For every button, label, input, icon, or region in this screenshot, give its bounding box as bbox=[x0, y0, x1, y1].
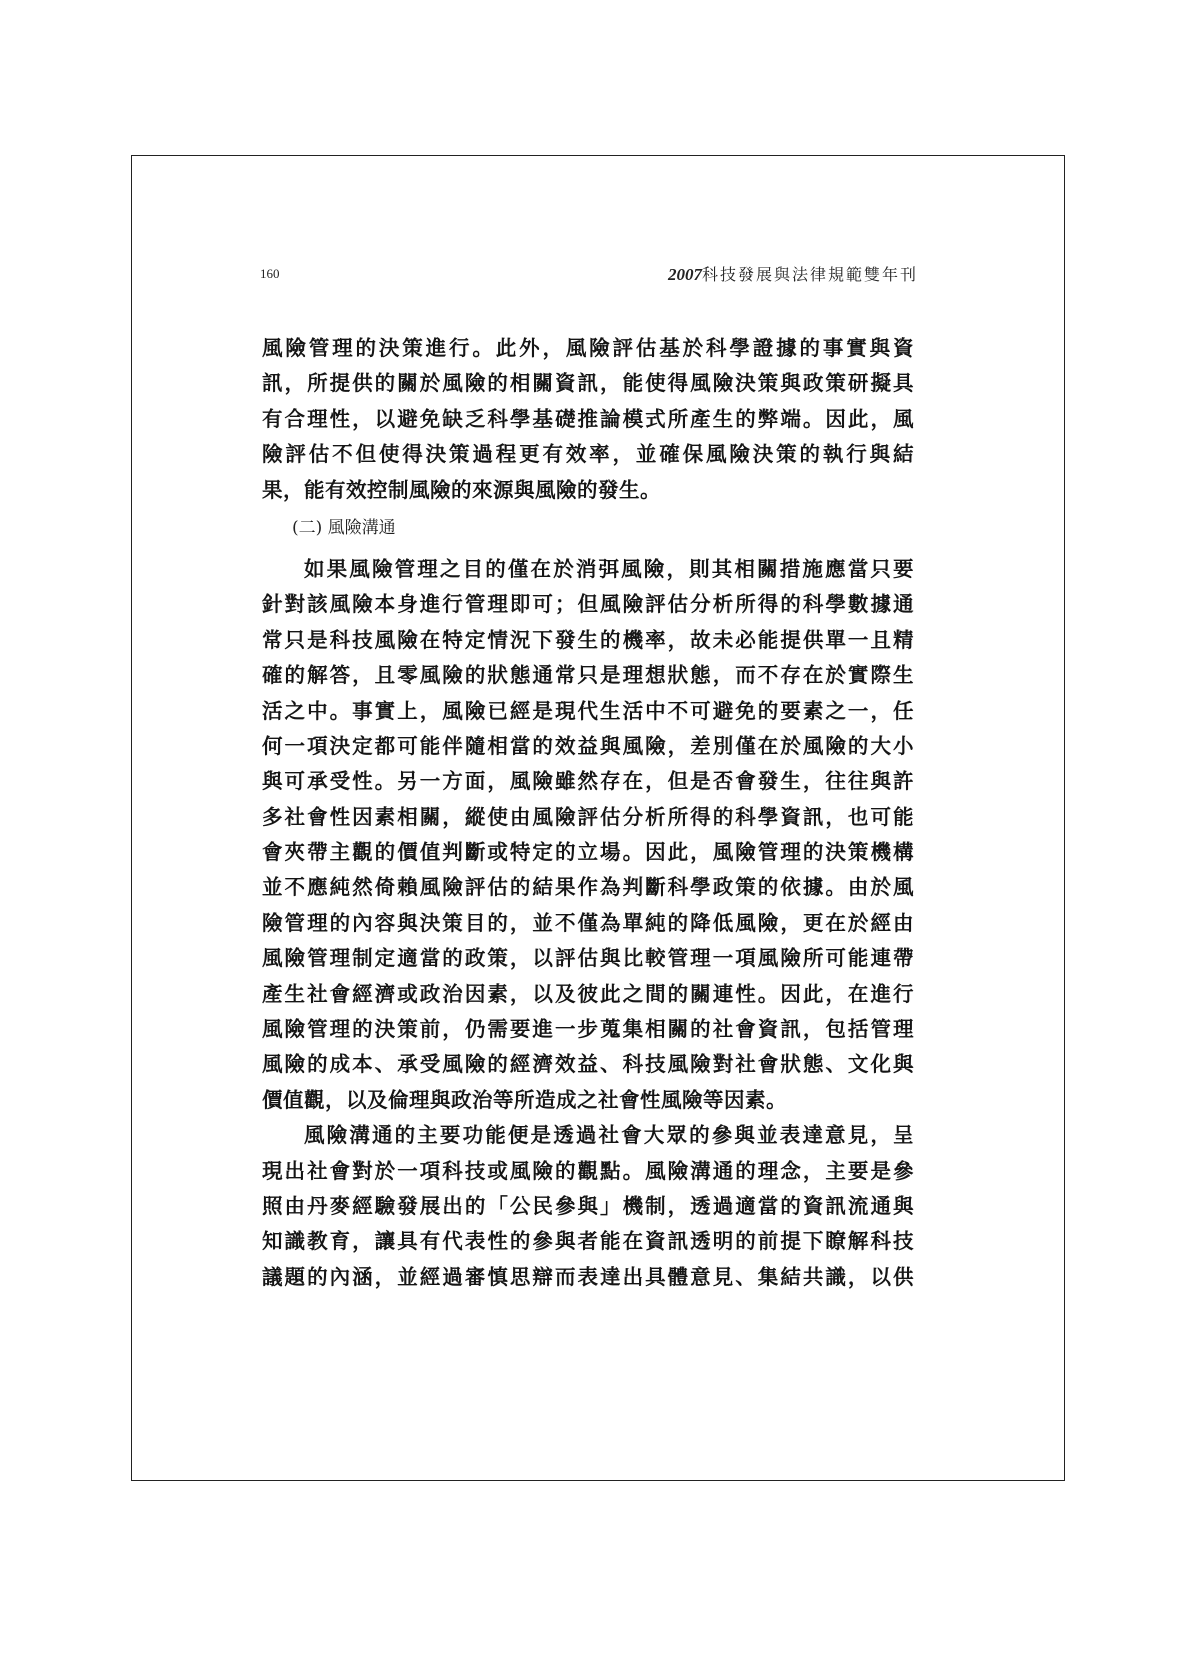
paragraph-3: 風險溝通的主要功能便是透過社會大眾的參與並表達意見，呈 現出社會對於一項科技或風… bbox=[262, 1118, 914, 1295]
text-line: 會夾帶主觀的價值判斷或特定的立場。因此，風險管理的決策機構 bbox=[262, 835, 914, 870]
text-line: 針對該風險本身進行管理即可；但風險評估分析所得的科學數據通 bbox=[262, 587, 914, 622]
paragraph-1: 風險管理的決策進行。此外，風險評估基於科學證據的事實與資 訊，所提供的關於風險的… bbox=[262, 331, 914, 508]
text-line: 風險管理的決策進行。此外，風險評估基於科學證據的事實與資 bbox=[262, 331, 914, 366]
journal-year: 2007 bbox=[668, 265, 702, 284]
running-header: 160 2007科技發展與法律規範雙年刊 bbox=[260, 262, 918, 286]
paragraph-2: 如果風險管理之目的僅在於消弭風險，則其相關措施應當只要 針對該風險本身進行管理即… bbox=[262, 552, 914, 1118]
page-number: 160 bbox=[260, 266, 280, 282]
journal-title: 2007科技發展與法律規範雙年刊 bbox=[668, 262, 918, 285]
text-line: 現出社會對於一項科技或風險的觀點。風險溝通的理念，主要是參 bbox=[262, 1154, 914, 1189]
text-line: 果，能有效控制風險的來源與風險的發生。 bbox=[262, 473, 914, 508]
text-line: 風險的成本、承受風險的經濟效益、科技風險對社會狀態、文化與 bbox=[262, 1047, 914, 1082]
text-line: 知識教育，讓具有代表性的參與者能在資訊透明的前提下瞭解科技 bbox=[262, 1224, 914, 1259]
text-line: 何一項決定都可能伴隨相當的效益與風險，差別僅在於風險的大小 bbox=[262, 729, 914, 764]
text-line: 風險管理制定適當的政策，以評估與比較管理一項風險所可能連帶 bbox=[262, 941, 914, 976]
text-line: 照由丹麥經驗發展出的「公民參與」機制，透過適當的資訊流通與 bbox=[262, 1189, 914, 1224]
text-line: 議題的內涵，並經過審慎思辯而表達出具體意見、集結共識，以供 bbox=[262, 1260, 914, 1295]
text-line: 如果風險管理之目的僅在於消弭風險，則其相關措施應當只要 bbox=[262, 552, 914, 587]
text-line: 產生社會經濟或政治因素，以及彼此之間的關連性。因此，在進行 bbox=[262, 977, 914, 1012]
text-line: 常只是科技風險在特定情況下發生的機率，故未必能提供單一且精 bbox=[262, 623, 914, 658]
text-line: 訊，所提供的關於風險的相關資訊，能使得風險決策與政策研擬具 bbox=[262, 366, 914, 401]
text-line: 價值觀，以及倫理與政治等所造成之社會性風險等因素。 bbox=[262, 1083, 914, 1118]
text-line: 有合理性，以避免缺乏科學基礎推論模式所產生的弊端。因此，風 bbox=[262, 402, 914, 437]
text-line: 活之中。事實上，風險已經是現代生活中不可避免的要素之一，任 bbox=[262, 694, 914, 729]
text-line: 險管理的內容與決策目的，並不僅為單純的降低風險，更在於經由 bbox=[262, 906, 914, 941]
text-line: 確的解答，且零風險的狀態通常只是理想狀態，而不存在於實際生 bbox=[262, 658, 914, 693]
section-heading: (二) 風險溝通 bbox=[262, 508, 914, 552]
text-line: 並不應純然倚賴風險評估的結果作為判斷科學政策的依據。由於風 bbox=[262, 870, 914, 905]
text-line: 險評估不但使得決策過程更有效率，並確保風險決策的執行與結 bbox=[262, 437, 914, 472]
text-line: 風險管理的決策前，仍需要進一步蒐集相關的社會資訊，包括管理 bbox=[262, 1012, 914, 1047]
text-line: 與可承受性。另一方面，風險雖然存在，但是否會發生，往往與許 bbox=[262, 764, 914, 799]
journal-title-text: 科技發展與法律規範雙年刊 bbox=[702, 265, 918, 284]
text-line: 多社會性因素相關，縱使由風險評估分析所得的科學資訊，也可能 bbox=[262, 800, 914, 835]
text-line: 風險溝通的主要功能便是透過社會大眾的參與並表達意見，呈 bbox=[262, 1118, 914, 1153]
body-text: 風險管理的決策進行。此外，風險評估基於科學證據的事實與資 訊，所提供的關於風險的… bbox=[262, 331, 914, 1295]
